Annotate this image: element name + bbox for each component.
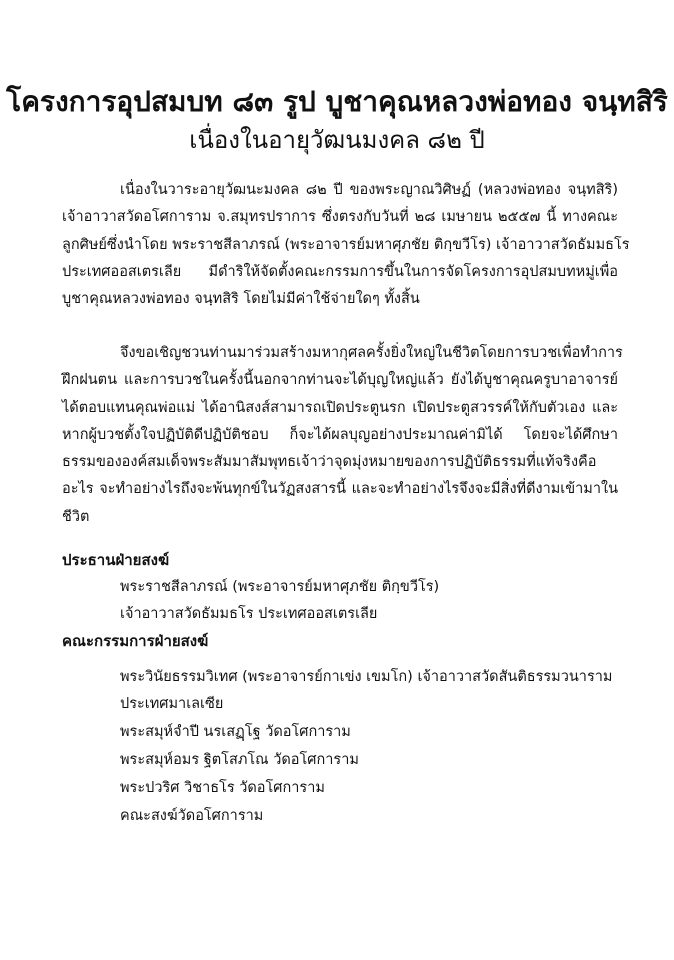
paragraph-line: ประเทศออสเตรเลีย มีดำริให้จัดตั้งคณะกรรม…: [62, 259, 618, 286]
list-item: พระปวริศ วิชาธโร วัดอโศการาม: [120, 775, 325, 802]
paragraph-line: ฝึกฝนตน และการบวชในครั้งนี้นอกจากท่านจะไ…: [62, 367, 618, 394]
section-heading-sangha-president: ประธานฝ่ายสงฆ์: [62, 547, 169, 574]
list-item: พระสมุห์จำปี นรเสฏฺโฐ วัดอโศการาม: [120, 719, 351, 746]
section-heading-sangha-committee: คณะกรรมการฝ่ายสงฆ์: [62, 628, 208, 655]
document-subtitle: เนื่องในอายุวัฒนมงคล ๘๒ ปี: [0, 122, 674, 158]
list-item: พระราชสีลาภรณ์ (พระอาจารย์มหาศุภชัย ติกฺ…: [120, 574, 439, 601]
paragraph-line: ได้ตอบแทนคุณพ่อแม่ ได้อานิสงส์สามารถเปิด…: [62, 395, 618, 422]
paragraph-line: ลูกศิษย์ซึ่งนำโดย พระราชสีลาภรณ์ (พระอาจ…: [62, 232, 618, 259]
paragraph-invitation: จึงขอเชิญชวนท่านมาร่วมสร้างมหากุศลครั้งย…: [62, 340, 618, 531]
paragraph-line: บูชาคุณหลวงพ่อทอง จนฺทสิริ โดยไม่มีค่าใช…: [62, 286, 618, 313]
list-item: คณะสงฆ์วัดอโศการาม: [120, 803, 263, 830]
paragraph-line: อะไร จะทำอย่างไรถึงจะพ้นทุกข์ในวัฏสงสารน…: [62, 476, 618, 503]
paragraph-line: เนื่องในวาระอายุวัฒนะมงคล ๘๒ ปี ของพระญา…: [62, 177, 618, 204]
paragraph-line: ธรรมขององค์สมเด็จพระสัมมาสัมพุทธเจ้าว่าจ…: [62, 449, 618, 476]
paragraph-line: จึงขอเชิญชวนท่านมาร่วมสร้างมหากุศลครั้งย…: [62, 340, 618, 367]
paragraph-line: หากผู้บวชตั้งใจปฏิบัติดีปฏิบัติชอบ ก็จะไ…: [62, 422, 618, 449]
document-page: โครงการอุปสมบท ๘๓ รูป บูชาคุณหลวงพ่อทอง …: [0, 0, 674, 960]
list-item: พระสมุห์อมร ฐิตโสภโณ วัดอโศการาม: [120, 747, 359, 774]
paragraph-line: ชีวิต: [62, 504, 618, 531]
paragraph-line: เจ้าอาวาสวัดอโศการาม จ.สมุทรปราการ ซึ่งต…: [62, 204, 618, 231]
list-item: เจ้าอาวาสวัดธัมมธโร ประเทศออสเตรเลีย: [120, 601, 377, 628]
paragraph-announcement: เนื่องในวาระอายุวัฒนะมงคล ๘๒ ปี ของพระญา…: [62, 177, 618, 313]
document-title: โครงการอุปสมบท ๘๓ รูป บูชาคุณหลวงพ่อทอง …: [0, 82, 674, 122]
list-item: ประเทศมาเลเซีย: [120, 691, 223, 718]
list-item: พระวินัยธรรมวิเทศ (พระอาจารย์กาเข่ง เขมโ…: [120, 664, 612, 691]
